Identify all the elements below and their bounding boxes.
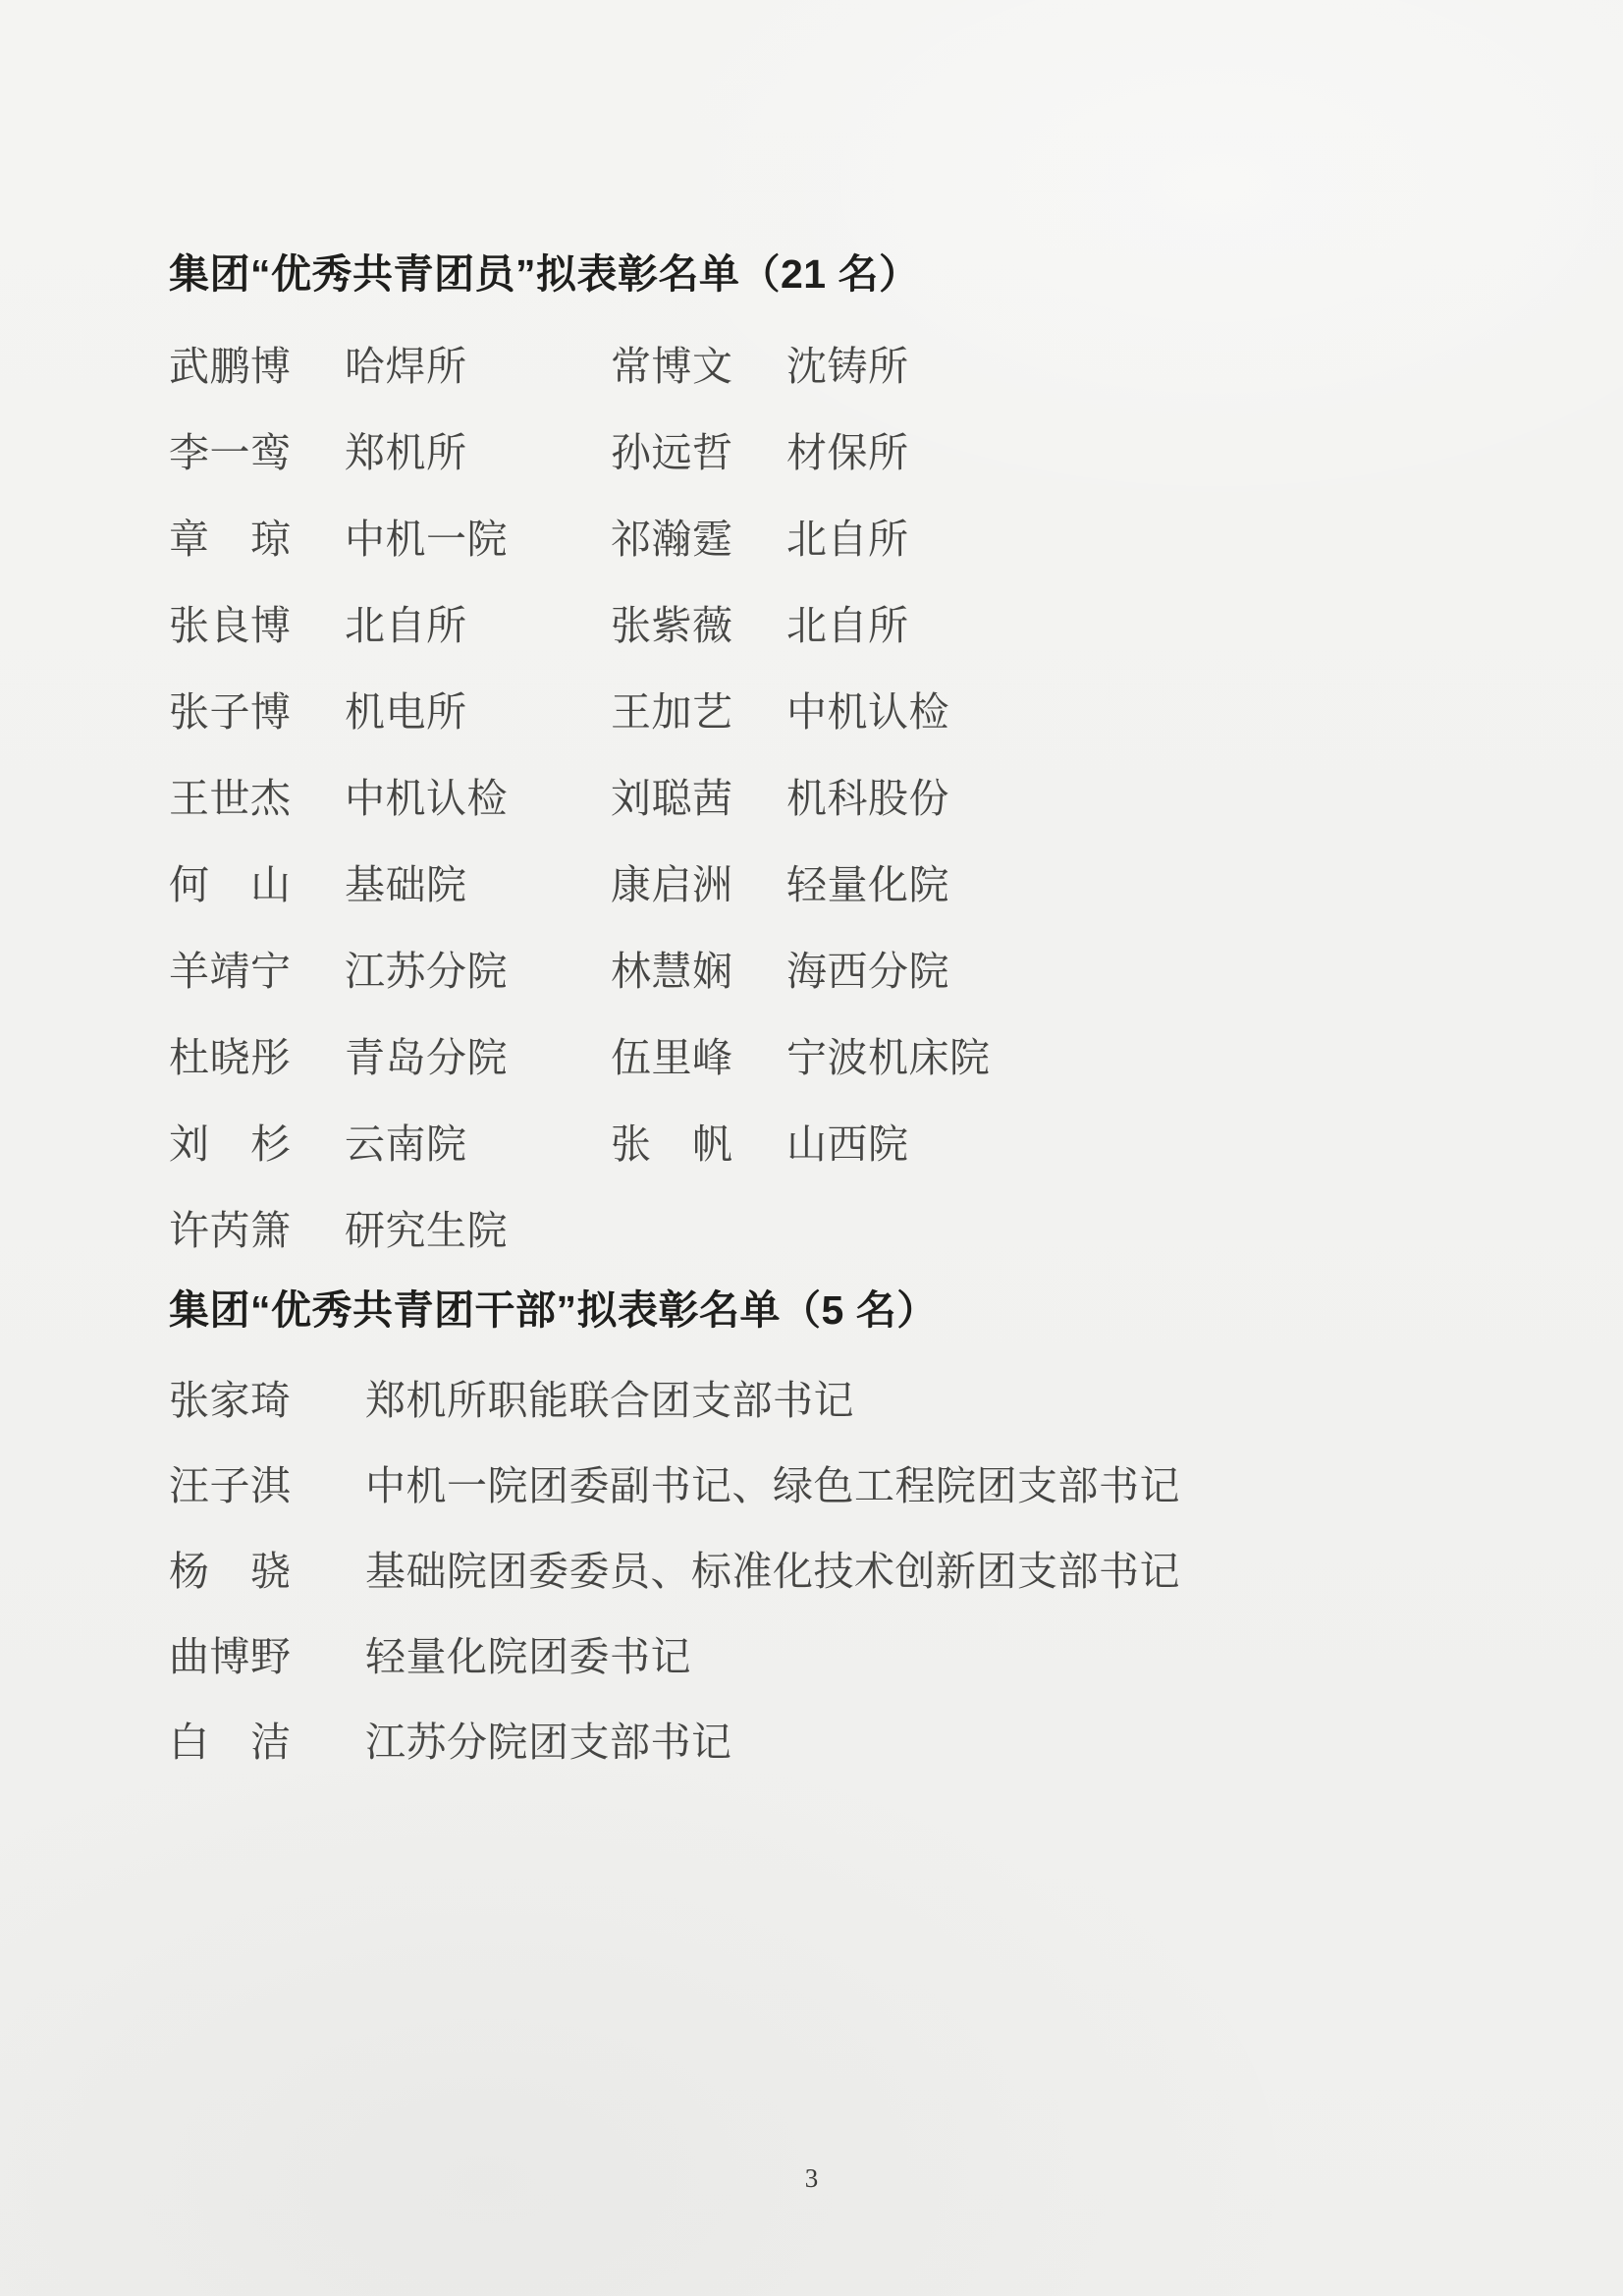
cadre-name: 汪子淇 xyxy=(169,1463,294,1508)
member-org: 郑机所 xyxy=(345,430,467,475)
award-entry: 武鹏博 哈焊所 xyxy=(169,344,611,389)
member-org: 材保所 xyxy=(786,430,909,475)
section2-title: 集团“优秀共青团干部”拟表彰名单（5 名） xyxy=(169,1287,938,1333)
member-name: 王世杰 xyxy=(169,776,294,821)
page-number: 3 xyxy=(0,2163,1623,2193)
table-row: 武鹏博 哈焊所 常博文 沈铸所 xyxy=(169,344,991,430)
award-entry: 许芮箫 研究生院 xyxy=(169,1208,611,1253)
cadre-role: 基础院团委委员、标准化技术创新团支部书记 xyxy=(365,1549,1180,1594)
member-org: 沈铸所 xyxy=(786,344,909,389)
award-entry: 张紫薇 北自所 xyxy=(611,603,909,648)
member-name: 何 山 xyxy=(169,862,294,907)
member-org: 研究生院 xyxy=(345,1208,508,1253)
award-entry: 章 琼 中机一院 xyxy=(169,517,611,562)
member-org: 机电所 xyxy=(345,689,467,735)
member-org: 机科股份 xyxy=(786,776,949,821)
member-org: 山西院 xyxy=(786,1121,909,1167)
member-name: 伍里峰 xyxy=(611,1035,735,1080)
award-entry: 张子博 机电所 xyxy=(169,689,611,735)
member-org: 北自所 xyxy=(786,603,909,648)
member-name: 刘聪茜 xyxy=(611,776,735,821)
member-org: 江苏分院 xyxy=(345,949,508,994)
member-org: 宁波机床院 xyxy=(786,1035,991,1080)
member-org: 北自所 xyxy=(345,603,467,648)
table-row: 羊靖宁 江苏分院 林慧娴 海西分院 xyxy=(169,949,991,1035)
member-org: 哈焊所 xyxy=(345,344,467,389)
cadre-role: 轻量化院团委书记 xyxy=(365,1634,691,1679)
award-entry: 羊靖宁 江苏分院 xyxy=(169,949,611,994)
table-row: 曲博野 轻量化院团委书记 xyxy=(169,1634,1180,1720)
cadre-role: 郑机所职能联合团支部书记 xyxy=(365,1378,854,1423)
cadre-name: 曲博野 xyxy=(169,1634,294,1679)
member-name: 祁瀚霆 xyxy=(611,517,735,562)
award-entry: 杜晓彤 青岛分院 xyxy=(169,1035,611,1080)
award-entry: 康启洲 轻量化院 xyxy=(611,862,949,907)
member-name: 羊靖宁 xyxy=(169,949,294,994)
member-name: 张 帆 xyxy=(611,1121,735,1167)
member-org: 轻量化院 xyxy=(786,862,949,907)
cadre-role: 江苏分院团支部书记 xyxy=(365,1720,732,1765)
member-name: 刘 杉 xyxy=(169,1121,294,1167)
member-name: 章 琼 xyxy=(169,517,294,562)
award-entry: 祁瀚霆 北自所 xyxy=(611,517,909,562)
award-entry: 王世杰 中机认检 xyxy=(169,776,611,821)
award-entry: 王加艺 中机认检 xyxy=(611,689,949,735)
member-name: 孙远哲 xyxy=(611,430,735,475)
award-entry: 伍里峰 宁波机床院 xyxy=(611,1035,991,1080)
member-name: 李一鸾 xyxy=(169,430,294,475)
member-name: 武鹏博 xyxy=(169,344,294,389)
award-entry: 常博文 沈铸所 xyxy=(611,344,909,389)
document-page: 集团“优秀共青团员”拟表彰名单（21 名） 武鹏博 哈焊所 常博文 沈铸所 李一… xyxy=(0,0,1623,2296)
award-entry: 李一鸾 郑机所 xyxy=(169,430,611,475)
table-row: 白 洁 江苏分院团支部书记 xyxy=(169,1720,1180,1805)
member-name: 王加艺 xyxy=(611,689,735,735)
member-org: 中机认检 xyxy=(345,776,508,821)
award-entry: 孙远哲 材保所 xyxy=(611,430,909,475)
cadre-name: 张家琦 xyxy=(169,1378,294,1423)
table-row: 章 琼 中机一院 祁瀚霆 北自所 xyxy=(169,517,991,603)
cadre-role: 中机一院团委副书记、绿色工程院团支部书记 xyxy=(365,1463,1180,1508)
member-name: 康启洲 xyxy=(611,862,735,907)
table-row: 杨 骁 基础院团委委员、标准化技术创新团支部书记 xyxy=(169,1549,1180,1634)
table-row: 张良博 北自所 张紫薇 北自所 xyxy=(169,603,991,689)
member-name: 杜晓彤 xyxy=(169,1035,294,1080)
member-name: 张紫薇 xyxy=(611,603,735,648)
table-row: 杜晓彤 青岛分院 伍里峰 宁波机床院 xyxy=(169,1035,991,1121)
member-name: 张良博 xyxy=(169,603,294,648)
member-org: 北自所 xyxy=(786,517,909,562)
table-row: 汪子淇 中机一院团委副书记、绿色工程院团支部书记 xyxy=(169,1463,1180,1549)
section1-title: 集团“优秀共青团员”拟表彰名单（21 名） xyxy=(169,251,920,297)
award-entry: 刘聪茜 机科股份 xyxy=(611,776,949,821)
member-org: 中机一院 xyxy=(345,517,508,562)
cadre-name: 杨 骁 xyxy=(169,1549,294,1594)
table-row: 王世杰 中机认检 刘聪茜 机科股份 xyxy=(169,776,991,862)
member-org: 基础院 xyxy=(345,862,467,907)
table-row: 何 山 基础院 康启洲 轻量化院 xyxy=(169,862,991,949)
member-org: 青岛分院 xyxy=(345,1035,508,1080)
table-row: 张子博 机电所 王加艺 中机认检 xyxy=(169,689,991,776)
member-org: 中机认检 xyxy=(786,689,949,735)
cadre-list: 张家琦 郑机所职能联合团支部书记 汪子淇 中机一院团委副书记、绿色工程院团支部书… xyxy=(169,1378,1180,1805)
table-row: 刘 杉 云南院 张 帆 山西院 xyxy=(169,1121,991,1208)
member-name: 林慧娴 xyxy=(611,949,735,994)
member-org: 海西分院 xyxy=(786,949,949,994)
member-name: 许芮箫 xyxy=(169,1208,294,1253)
member-name: 常博文 xyxy=(611,344,735,389)
member-list: 武鹏博 哈焊所 常博文 沈铸所 李一鸾 郑机所 孙远哲 材保所 章 琼 中机一院 xyxy=(169,344,991,1294)
award-entry: 何 山 基础院 xyxy=(169,862,611,907)
award-entry: 刘 杉 云南院 xyxy=(169,1121,611,1167)
member-org: 云南院 xyxy=(345,1121,467,1167)
member-name: 张子博 xyxy=(169,689,294,735)
table-row: 张家琦 郑机所职能联合团支部书记 xyxy=(169,1378,1180,1463)
award-entry: 林慧娴 海西分院 xyxy=(611,949,949,994)
cadre-name: 白 洁 xyxy=(169,1720,294,1765)
award-entry: 张 帆 山西院 xyxy=(611,1121,909,1167)
table-row: 许芮箫 研究生院 xyxy=(169,1208,991,1294)
award-entry: 张良博 北自所 xyxy=(169,603,611,648)
table-row: 李一鸾 郑机所 孙远哲 材保所 xyxy=(169,430,991,517)
